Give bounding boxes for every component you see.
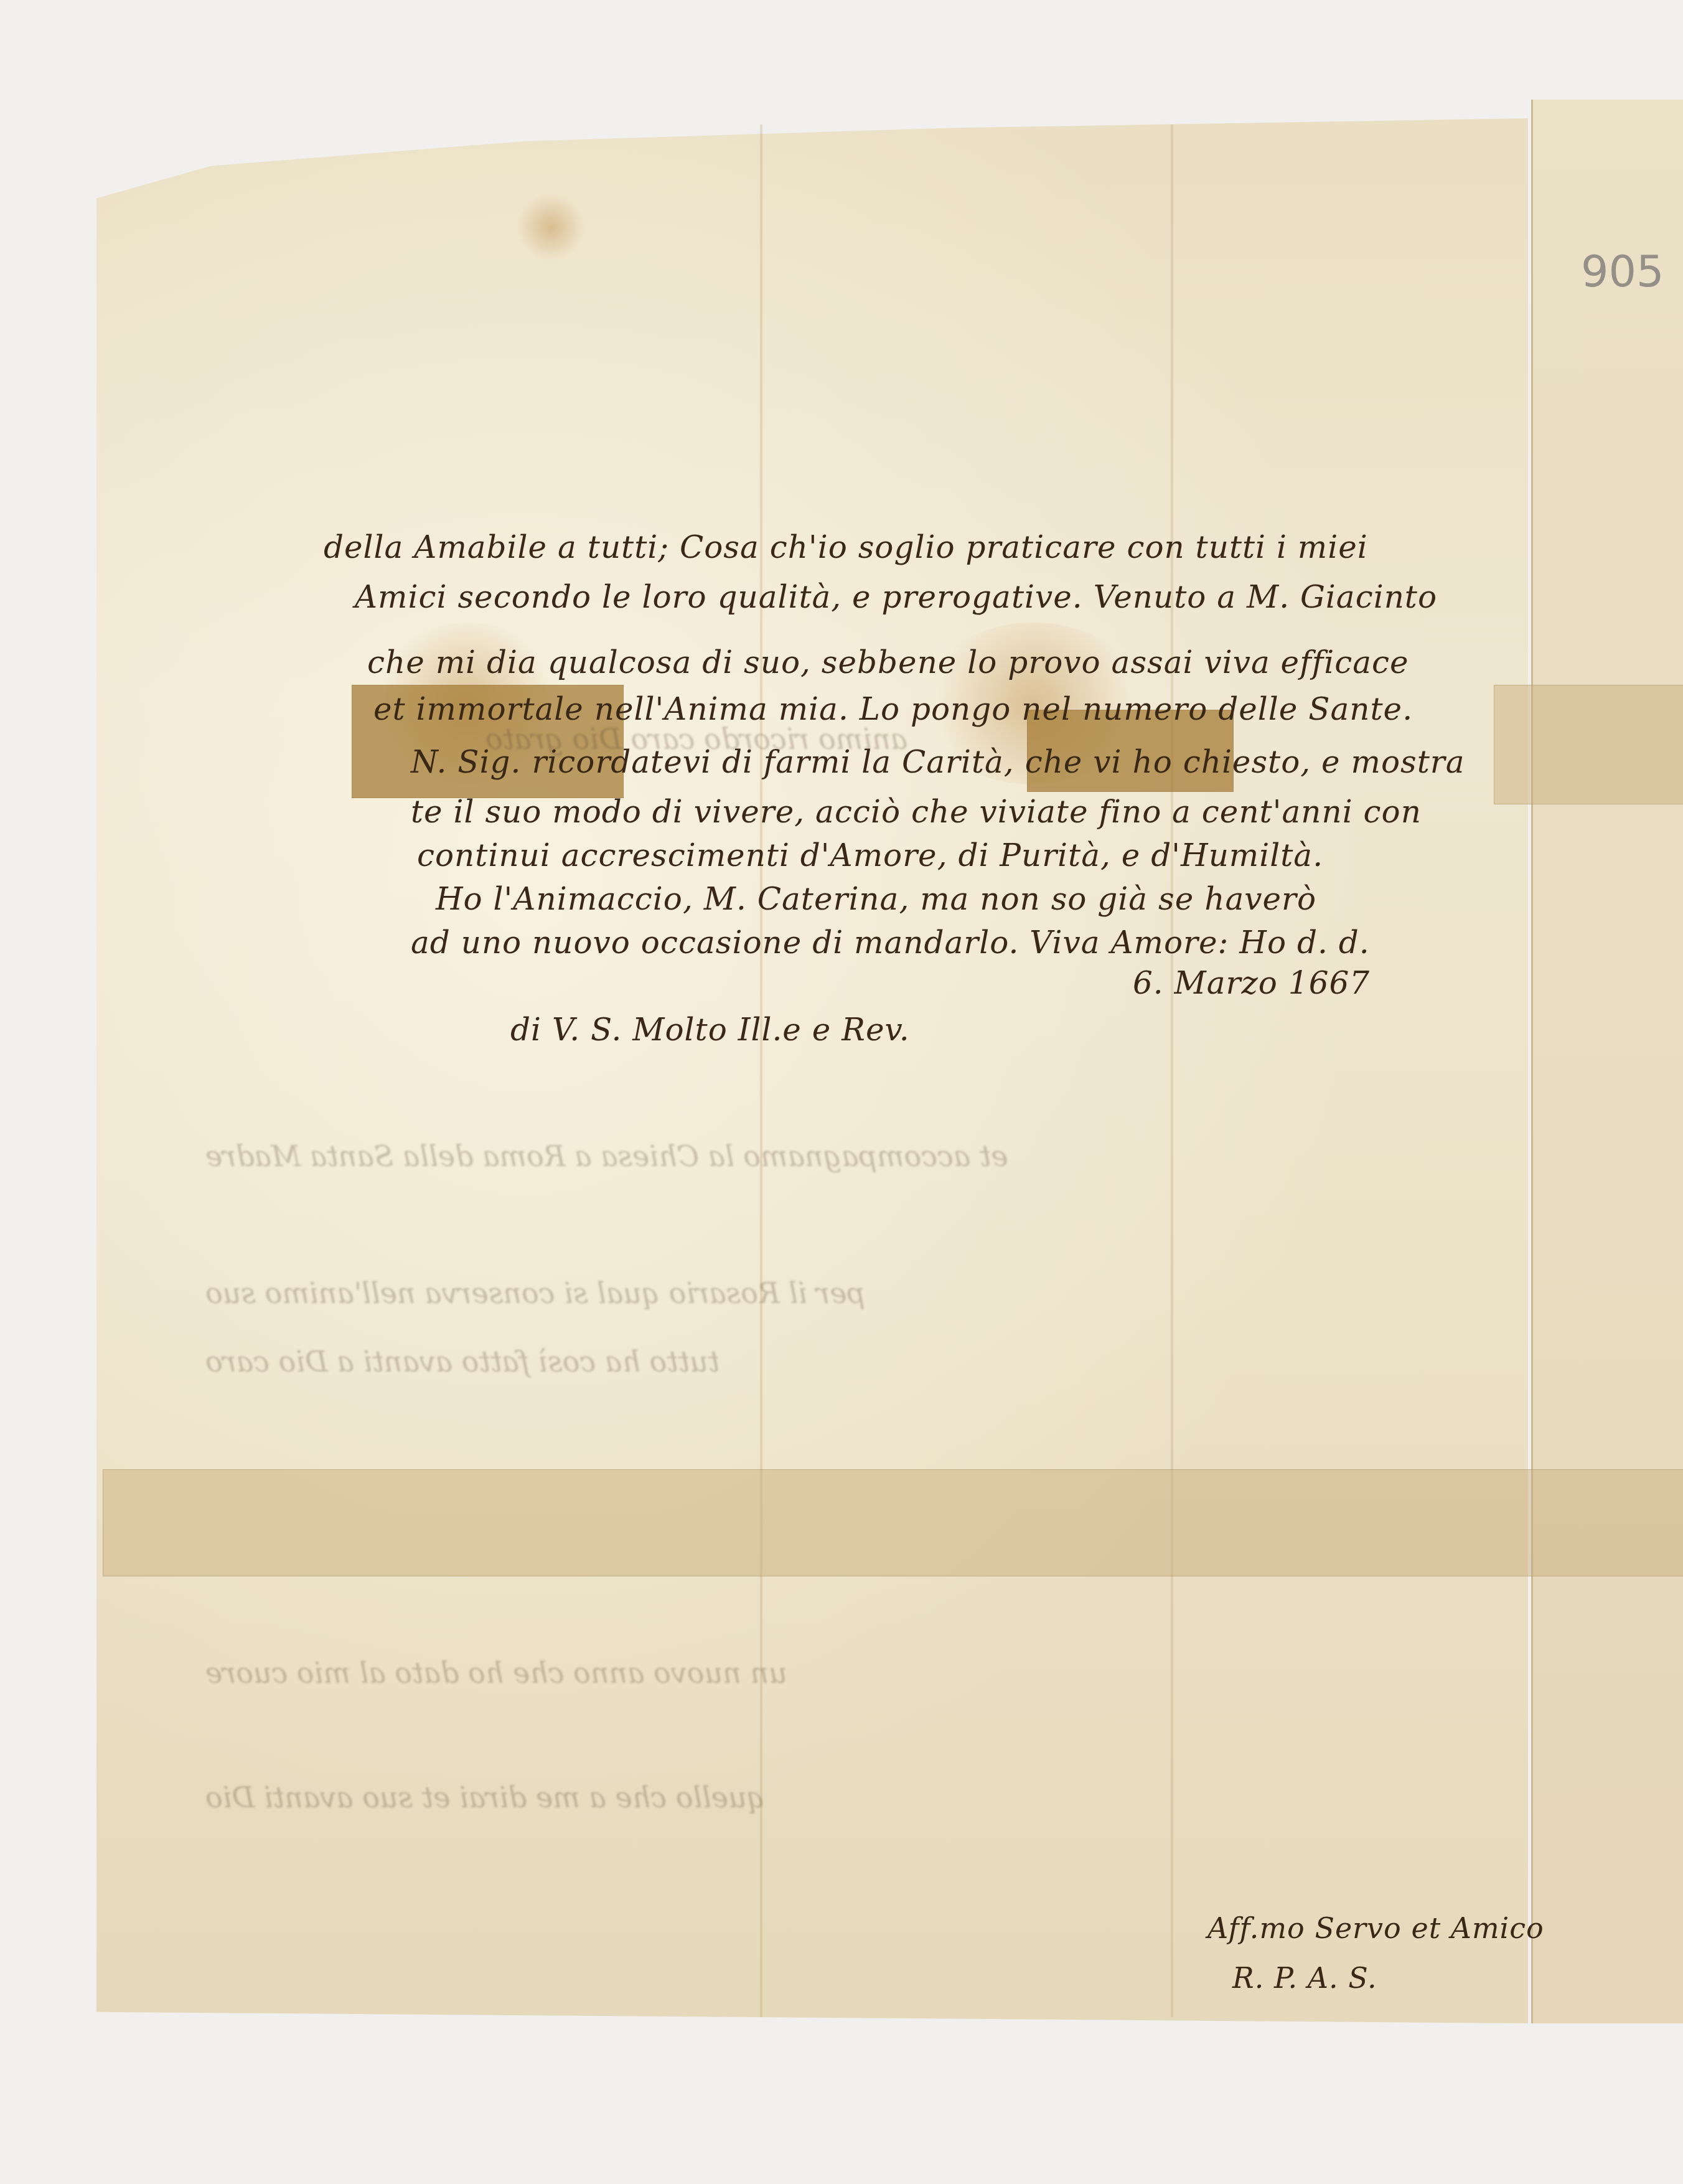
body-line: Amici secondo le loro qualità, e preroga…	[355, 579, 1437, 615]
manuscript-sheet-right	[1531, 100, 1683, 2023]
body-line: che mi dia qualcosa di suo, sebbene lo p…	[367, 644, 1409, 680]
bleed-through-text: un nuovo anno che ho dato al mio cuore	[205, 1656, 787, 1690]
body-line: Ho l'Animaccio, M. Caterina, ma non so g…	[436, 881, 1316, 917]
bleed-through-text: quello che a me dirai et suo avanti Dio	[205, 1781, 765, 1814]
body-line: ad uno nuovo occasione di mandarlo. Viva…	[411, 925, 1370, 961]
bleed-through-text: tutto ha così fatto avanti a Dio caro	[205, 1345, 720, 1378]
folio-number: 905	[1581, 246, 1664, 297]
body-line: et immortale nell'Anima mia. Lo pongo ne…	[373, 691, 1413, 727]
bleed-through-text: per il Rosario qual si conserva nell'ani…	[205, 1276, 865, 1310]
fold-line	[1170, 125, 1174, 2017]
fold-line	[759, 125, 763, 2017]
manuscript-sheet-left	[96, 118, 1528, 2023]
signature-initials: R. P. A. S.	[1232, 1961, 1377, 1995]
body-line: della Amabile a tutti; Cosa ch'io soglio…	[324, 529, 1368, 565]
bleed-through-text: et accompagnamo la Chiesa a Roma della S…	[205, 1139, 1008, 1173]
signature-line: Aff.mo Servo et Amico	[1207, 1911, 1544, 1945]
body-line: N. Sig. ricordatevi di farmi la Carità, …	[411, 744, 1465, 780]
date-line: 6. Marzo 1667	[1133, 965, 1370, 1001]
body-line: te il suo modo di vivere, acciò che vivi…	[411, 794, 1422, 830]
repair-tape	[1494, 685, 1683, 804]
body-line: continui accrescimenti d'Amore, di Purit…	[417, 837, 1323, 873]
stain	[517, 193, 585, 261]
closing-line: di V. S. Molto Ill.e e Rev.	[510, 1012, 910, 1048]
repair-tape	[103, 1469, 1683, 1576]
